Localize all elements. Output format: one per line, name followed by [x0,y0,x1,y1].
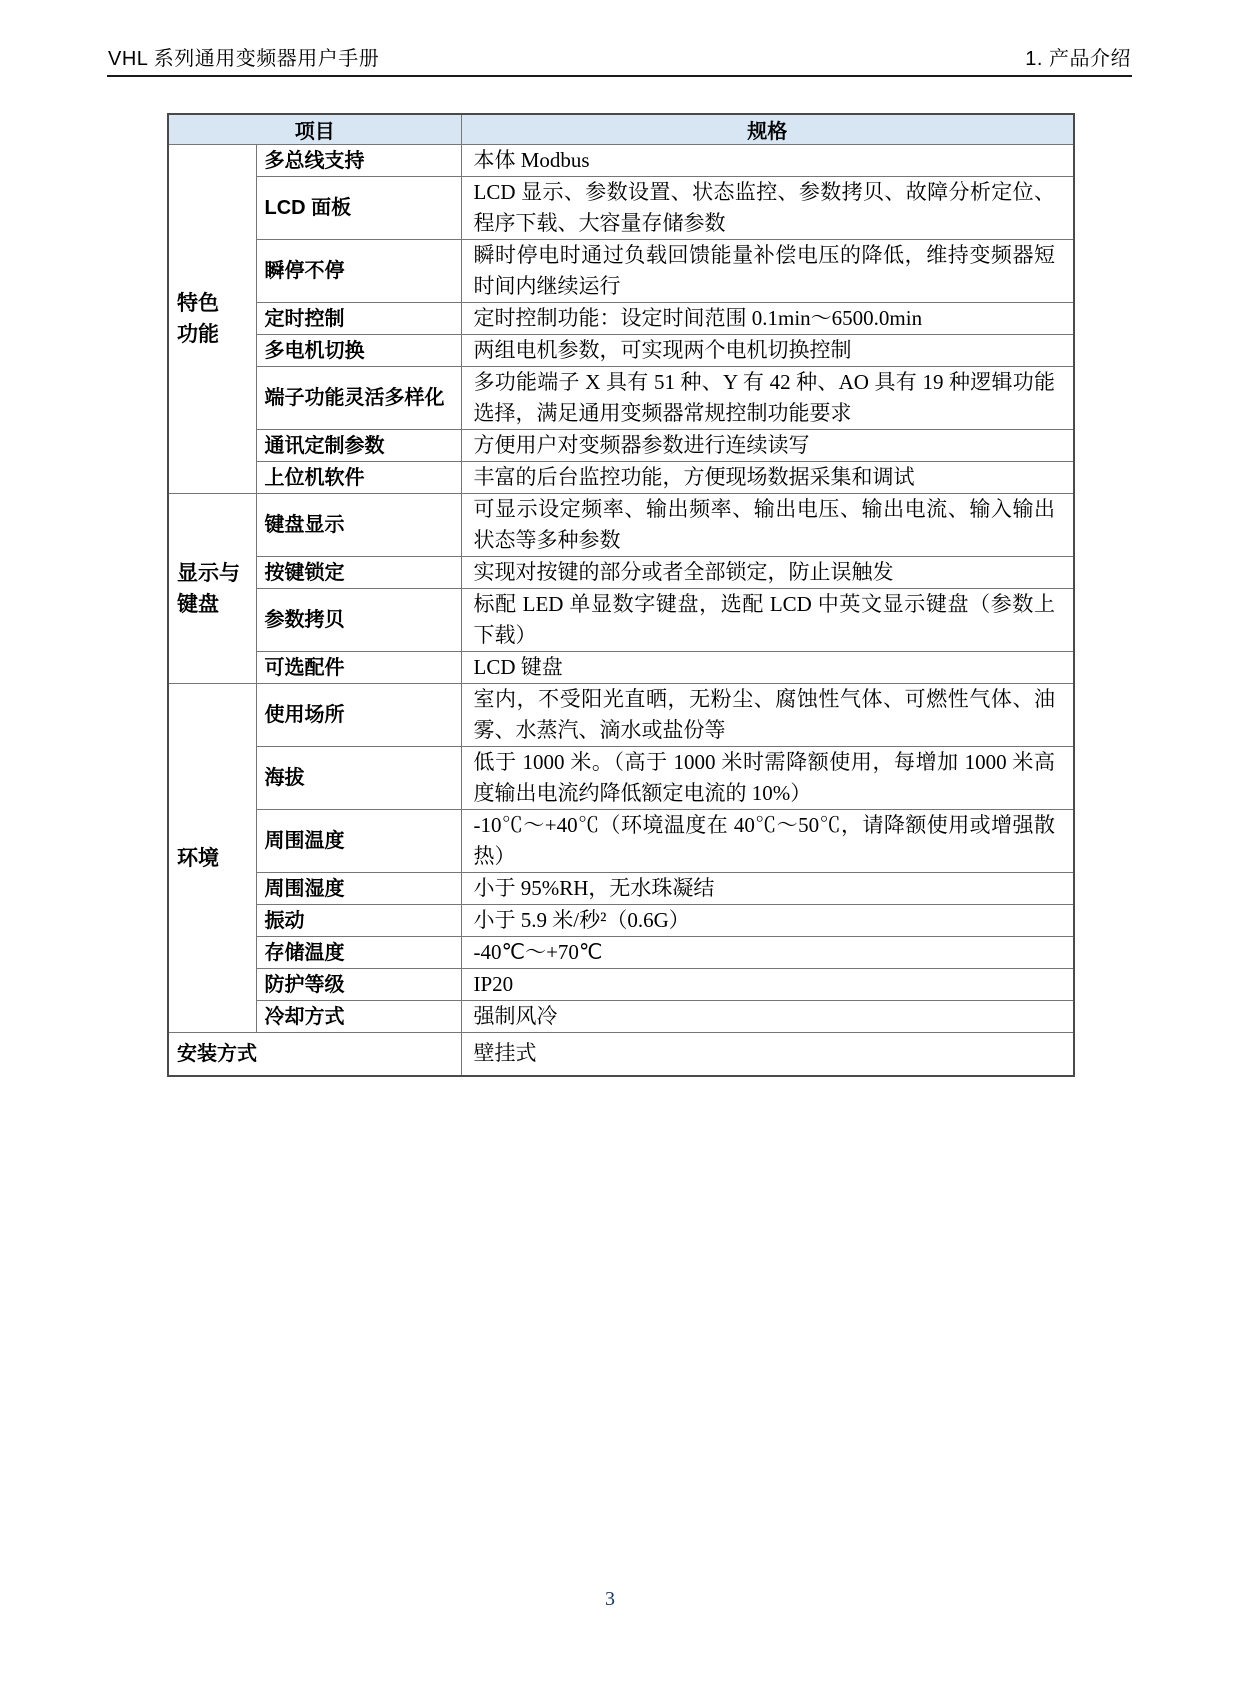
table-row: 冷却方式 强制风冷 [168,1001,1074,1033]
table-row: 周围温度 -10℃～+40℃（环境温度在 40℃～50℃，请降额使用或增强散热） [168,810,1074,873]
item-cell: 海拔 [256,747,461,810]
page-header-chapter: 1. 产品介绍 [1025,42,1131,71]
group-label-line: 特色 [177,288,252,319]
table-row: 参数拷贝 标配 LED 单显数字键盘，选配 LCD 中英文显示键盘（参数上下载） [168,589,1074,652]
spec-cell: 实现对按键的部分或者全部锁定，防止误触发 [461,557,1074,589]
spec-cell: 强制风冷 [461,1001,1074,1033]
group-label-environment: 环境 [168,684,256,1033]
column-header-item: 项目 [168,114,461,145]
page-header-manual-title: VHL 系列通用变频器用户手册 [108,42,379,71]
table-row: 周围湿度 小于 95%RH，无水珠凝结 [168,873,1074,905]
item-cell: 周围温度 [256,810,461,873]
spec-cell: 两组电机参数，可实现两个电机切换控制 [461,335,1074,367]
group-label-features: 特色 功能 [168,145,256,494]
table-header-row: 项目 规格 [168,114,1074,145]
item-cell: 通讯定制参数 [256,430,461,462]
item-cell: 参数拷贝 [256,589,461,652]
table-row: 按键锁定 实现对按键的部分或者全部锁定，防止误触发 [168,557,1074,589]
table-row: LCD 面板 LCD 显示、参数设置、状态监控、参数拷贝、故障分析定位、程序下载… [168,177,1074,240]
spec-cell: 室内，不受阳光直晒，无粉尘、腐蚀性气体、可燃性气体、油雾、水蒸汽、滴水或盐份等 [461,684,1074,747]
spec-cell: 丰富的后台监控功能，方便现场数据采集和调试 [461,462,1074,494]
spec-cell: 可显示设定频率、输出频率、输出电压、输出电流、输入输出状态等多种参数 [461,494,1074,557]
item-cell: 振动 [256,905,461,937]
spec-cell: LCD 键盘 [461,652,1074,684]
group-label-line: 键盘 [177,589,252,620]
spec-cell: 小于 95%RH，无水珠凝结 [461,873,1074,905]
item-cell: LCD 面板 [256,177,461,240]
item-cell: 使用场所 [256,684,461,747]
item-cell: 多总线支持 [256,145,461,177]
item-cell: 按键锁定 [256,557,461,589]
spec-cell: 小于 5.9 米/秒²（0.6G） [461,905,1074,937]
table-row: 上位机软件 丰富的后台监控功能，方便现场数据采集和调试 [168,462,1074,494]
item-cell: 多电机切换 [256,335,461,367]
table-row: 瞬停不停 瞬时停电时通过负载回馈能量补偿电压的降低，维持变频器短时间内继续运行 [168,240,1074,303]
spec-cell: 定时控制功能：设定时间范围 0.1min～6500.0min [461,303,1074,335]
table-row: 海拔 低于 1000 米。（高于 1000 米时需降额使用，每增加 1000 米… [168,747,1074,810]
item-cell: 周围湿度 [256,873,461,905]
table-row: 显示与 键盘 键盘显示 可显示设定频率、输出频率、输出电压、输出电流、输入输出状… [168,494,1074,557]
table-row: 振动 小于 5.9 米/秒²（0.6G） [168,905,1074,937]
item-cell: 键盘显示 [256,494,461,557]
page-header: VHL 系列通用变频器用户手册 1. 产品介绍 [108,42,1131,71]
table-row: 特色 功能 多总线支持 本体 Modbus [168,145,1074,177]
table-row: 存储温度 -40℃～+70℃ [168,937,1074,969]
table-row: 通讯定制参数 方便用户对变频器参数进行连续读写 [168,430,1074,462]
table-row: 定时控制 定时控制功能：设定时间范围 0.1min～6500.0min [168,303,1074,335]
table-row: 可选配件 LCD 键盘 [168,652,1074,684]
spec-cell: -40℃～+70℃ [461,937,1074,969]
spec-cell: 方便用户对变频器参数进行连续读写 [461,430,1074,462]
column-header-spec: 规格 [461,114,1074,145]
item-cell: 安装方式 [168,1033,461,1076]
table-row: 多电机切换 两组电机参数，可实现两个电机切换控制 [168,335,1074,367]
spec-cell: -10℃～+40℃（环境温度在 40℃～50℃，请降额使用或增强散热） [461,810,1074,873]
item-cell: 端子功能灵活多样化 [256,367,461,430]
item-cell: 防护等级 [256,969,461,1001]
table-row: 端子功能灵活多样化 多功能端子 X 具有 51 种、Y 有 42 种、AO 具有… [168,367,1074,430]
spec-cell: 瞬时停电时通过负载回馈能量补偿电压的降低，维持变频器短时间内继续运行 [461,240,1074,303]
spec-cell: 标配 LED 单显数字键盘，选配 LCD 中英文显示键盘（参数上下载） [461,589,1074,652]
spec-cell: LCD 显示、参数设置、状态监控、参数拷贝、故障分析定位、程序下载、大容量存储参… [461,177,1074,240]
item-cell: 存储温度 [256,937,461,969]
spec-cell: IP20 [461,969,1074,1001]
spec-cell: 低于 1000 米。（高于 1000 米时需降额使用，每增加 1000 米高度输… [461,747,1074,810]
table-row: 环境 使用场所 室内，不受阳光直晒，无粉尘、腐蚀性气体、可燃性气体、油雾、水蒸汽… [168,684,1074,747]
item-cell: 定时控制 [256,303,461,335]
spec-cell: 壁挂式 [461,1033,1074,1076]
table-row: 防护等级 IP20 [168,969,1074,1001]
item-cell: 瞬停不停 [256,240,461,303]
group-label-line: 功能 [177,319,252,350]
table-row-installation: 安装方式 壁挂式 [168,1033,1074,1076]
item-cell: 可选配件 [256,652,461,684]
page-number: 3 [0,1588,1220,1611]
group-label-line: 显示与 [177,558,252,589]
group-label-display-keyboard: 显示与 键盘 [168,494,256,684]
header-divider [107,75,1132,77]
item-cell: 冷却方式 [256,1001,461,1033]
specification-table: 项目 规格 特色 功能 多总线支持 本体 Modbus LCD 面板 LCD 显… [167,113,1075,1077]
item-cell: 上位机软件 [256,462,461,494]
group-label-line: 环境 [177,843,252,874]
spec-cell: 多功能端子 X 具有 51 种、Y 有 42 种、AO 具有 19 种逻辑功能选… [461,367,1074,430]
spec-cell: 本体 Modbus [461,145,1074,177]
